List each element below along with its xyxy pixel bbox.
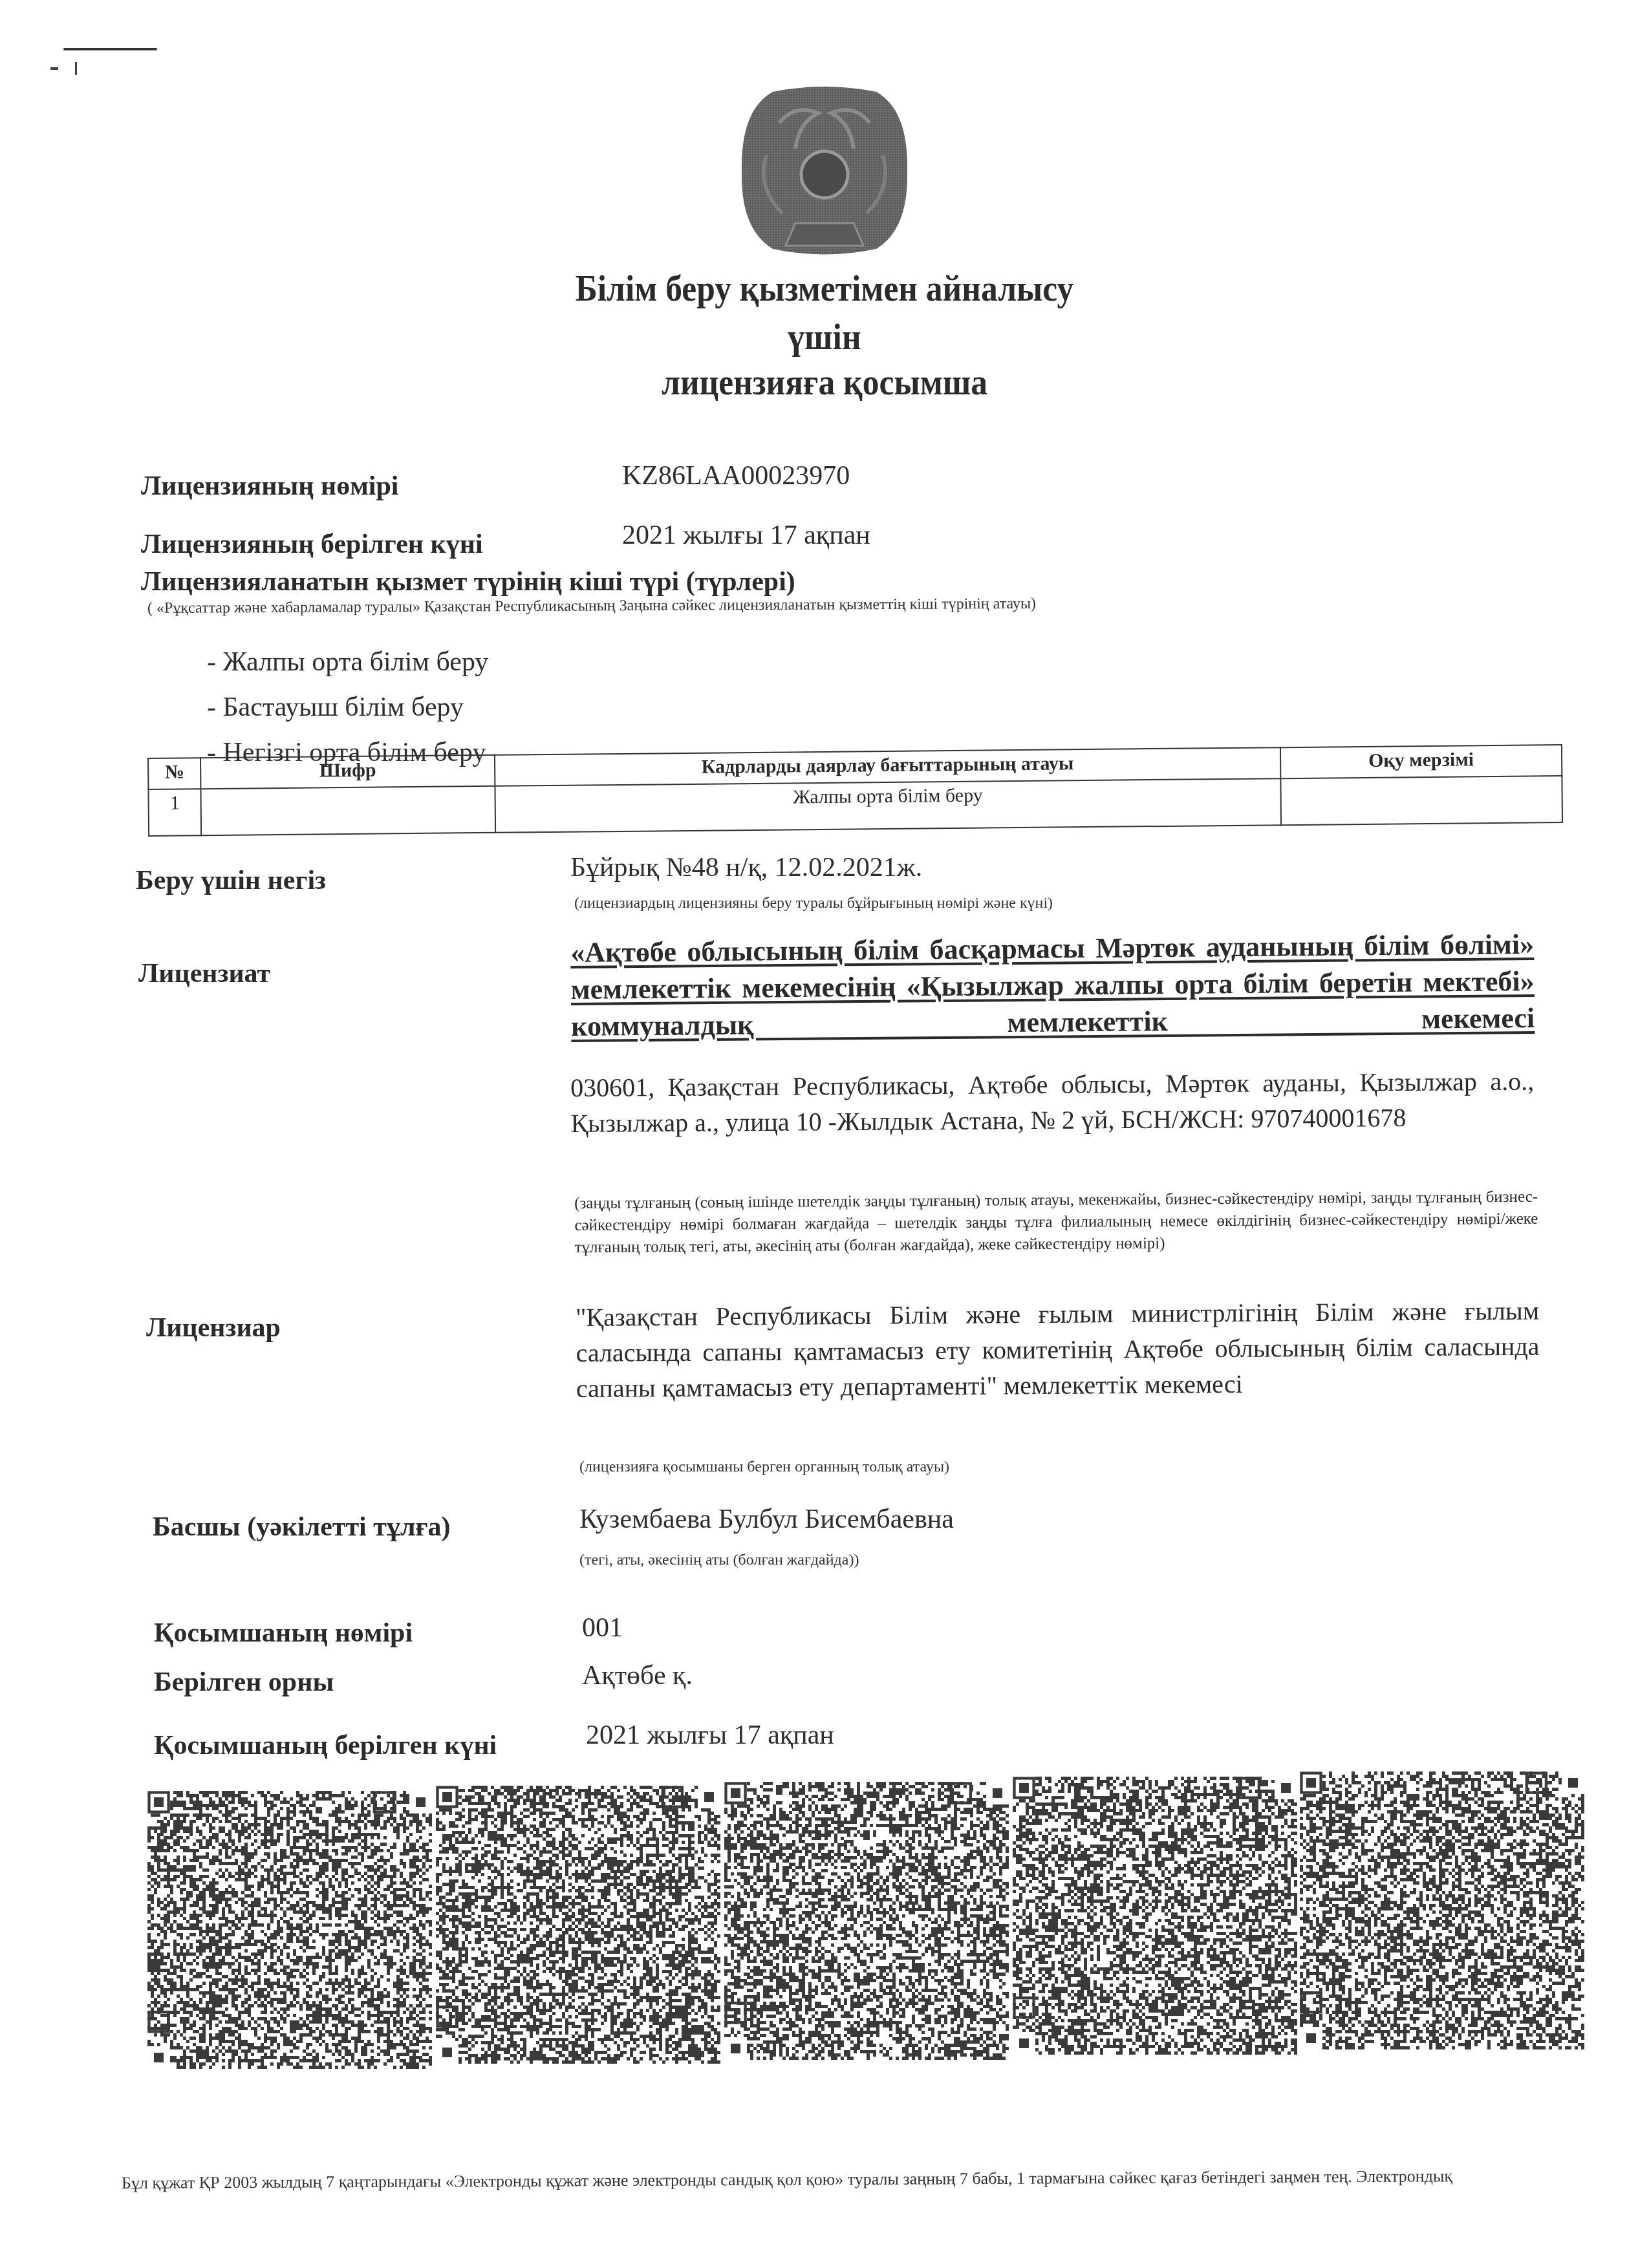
head-note: (тегі, аты, әкесінің аты (болған жағдайд…: [579, 1552, 859, 1569]
scan-mark-dash: [50, 67, 58, 70]
licensee-address: 030601, Қазақстан Республикасы, Ақтөбе о…: [570, 1064, 1535, 1141]
licensee-note: (заңды тұлғаның (соның ішінде шетелдік з…: [574, 1186, 1538, 1259]
qr-code-icon: [436, 1786, 720, 2064]
document-title-line-3: лицензияға қосымша: [66, 362, 1583, 403]
footer-legal-note: Бұл құжат ҚР 2003 жылдың 7 қаңтарындағы …: [122, 2166, 1452, 2193]
license-subtypes-label: Лицензияланатын қызмет түрінің кіші түрі…: [141, 566, 795, 597]
basis-note: (лицензиардың лицензияны беру туралы бұй…: [574, 895, 1053, 912]
column-header-code: Шифр: [200, 755, 495, 789]
appendix-number-label: Қосымшаның нөмірі: [154, 1618, 413, 1649]
qr-code-icon: [147, 1791, 432, 2069]
licensor-note: (лицензияға қосымшаны берген органның то…: [579, 1459, 949, 1476]
qr-code-icon: [724, 1782, 1009, 2060]
appendix-number-value: 001: [582, 1612, 623, 1643]
issue-place-value: Ақтөбе қ.: [582, 1660, 693, 1691]
training-directions-table: № Шифр Кадрларды даярлау бағыттарының ат…: [147, 744, 1563, 837]
column-header-study-term: Оқу мерзімі: [1280, 745, 1562, 778]
issue-place-label: Берілген орны: [154, 1667, 334, 1698]
document-title-line-1: Білім беру қызметімен айналысу: [66, 268, 1583, 310]
cell-number: 1: [148, 789, 201, 836]
scan-mark-line: [63, 48, 157, 50]
subtype-item: - Жалпы орта білім беру: [207, 647, 488, 678]
license-number-value: KZ86LAA00023970: [622, 460, 850, 491]
appendix-date-value: 2021 жылғы 17 ақпан: [586, 1720, 834, 1751]
license-issue-date-label: Лицензияның берілген күні: [141, 529, 483, 560]
head-label: Басшы (уәкілетті тұлға): [153, 1512, 451, 1543]
basis-value: Бұйрық №48 н/қ, 12.02.2021ж.: [570, 852, 922, 883]
column-header-number: №: [148, 758, 201, 789]
scan-mark-tick: [75, 62, 77, 75]
licensor-name: "Қазақстан Республикасы Білім және ғылым…: [576, 1293, 1540, 1406]
licensor-label: Лицензиар: [146, 1312, 281, 1343]
cell-code: [201, 786, 495, 835]
head-value: Кузембаева Булбул Бисембаевна: [579, 1504, 954, 1535]
qr-code-strip: [147, 1771, 1577, 2075]
qr-code-icon: [1300, 1771, 1584, 2049]
license-issue-date-value: 2021 жылғы 17 ақпан: [622, 520, 870, 551]
qr-code-icon: [1013, 1777, 1297, 2055]
subtype-item: - Бастауыш білім беру: [207, 692, 464, 723]
license-number-label: Лицензияның нөмірі: [141, 471, 399, 502]
licensee-name: «Ақтөбе облысының білім басқармасы Мәртө…: [570, 926, 1535, 1045]
license-subtypes-note: ( «Рұқсаттар және хабарламалар туралы» Қ…: [147, 595, 1036, 617]
cell-direction-name: Жалпы орта білім беру: [495, 778, 1281, 833]
appendix-date-label: Қосымшаның берілген күні: [154, 1730, 497, 1761]
document-title-line-2: үшін: [66, 317, 1583, 358]
basis-label: Беру үшін негіз: [136, 865, 326, 896]
licensee-label: Лицензиат: [138, 958, 270, 989]
cell-study-term: [1280, 776, 1562, 825]
state-emblem-icon: [734, 84, 915, 259]
